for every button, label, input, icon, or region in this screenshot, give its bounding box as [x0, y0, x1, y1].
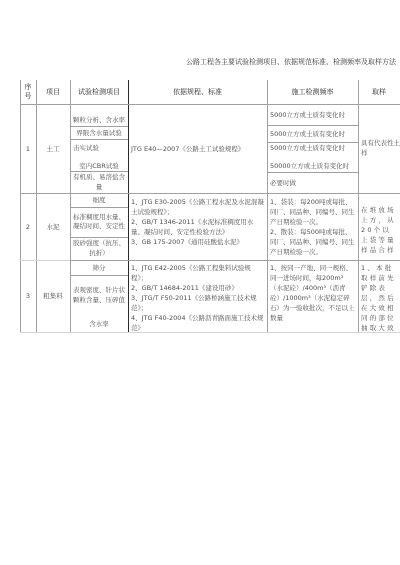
header-frequency: 施工检测频率 — [267, 80, 358, 104]
frequency-item: 1、袋装：每200吨或每批、同厂、同品种、同编号、同生产日期检验一次。 — [270, 197, 356, 227]
test-item: 界限含水量试验 — [70, 126, 128, 139]
header-no-label: 序号 — [24, 83, 32, 101]
standard-item: 2、GB/T 14684-2011《建设用砂》 — [131, 283, 265, 293]
header-project: 项目 — [36, 80, 70, 104]
test-item: 表观密度、针片状颗粒含量、压碎值 — [70, 275, 128, 316]
standard-item: 3、JTG/T F50-2011《公路桥涵施工技术规范》； — [131, 293, 265, 313]
header-no: 序号 — [20, 80, 36, 104]
sampling-text: 在堆放场上方，从20个以上袋等量样品合样 — [358, 203, 400, 260]
header-tests: 试验检测项目 — [70, 80, 128, 104]
document-title: 公路工程各主要试验检测项目、依据规范标准、检测频率及取样方法 — [186, 58, 396, 67]
frequency-item: 5000立方或土质有变化时 — [267, 125, 358, 142]
test-item-group: 击实试验 室内CBR试验 — [70, 139, 128, 171]
row-project: 土工 — [36, 104, 70, 193]
frequency-item: 1、按同一产地、同一规格、同一进场时间，每200m³（水泥砼）/400m³（沥青… — [270, 263, 356, 323]
standard-item: 1、JTG E30-2005《公路工程水泥及水泥混凝土试验规程》； — [131, 197, 265, 217]
frequency-item: 必要时做 — [267, 172, 358, 193]
test-item: 含水率 — [70, 316, 128, 332]
header-standard: 依据规程、标准 — [128, 80, 267, 104]
frequency-item: 5000立方或土质有变化时 — [267, 104, 358, 125]
standard-item: 2、GB/T 1346-2011《水泥标准稠度用水量、凝结时间、安定性检验方法》 — [131, 217, 265, 237]
sampling-text: 1、本批取样前先铲除表层，然后在大致相同的部位抽取大致等量样品。2、 — [358, 261, 400, 332]
row-no: 2 — [20, 193, 36, 260]
frequency-item-group: 5000立方或土质有变化时 50000立方或土质有变化时 — [267, 142, 358, 172]
table-border-bottom — [20, 332, 400, 333]
standard-item: 4、JTG F40-2004《公路沥青路面施工技术规范》 — [131, 313, 265, 332]
standard-item: 3、GB 175-2007《通用硅酸盐水泥》 — [131, 237, 265, 247]
row-no: 1 — [20, 104, 36, 193]
standard-item: 1、JTG E42-2005《公路工程集料试验规程》； — [131, 263, 265, 283]
row-project: 粗集料 — [36, 260, 70, 332]
test-item: 室内CBR试验 — [70, 161, 128, 171]
row-no: 3 — [20, 260, 36, 332]
test-item: 筛分 — [70, 260, 128, 275]
test-item: 有机质、易溶盐含量 — [70, 171, 128, 193]
standard-list: 1、JTG E30-2005《公路工程水泥及水泥混凝土试验规程》； 2、GB/T… — [128, 195, 267, 260]
standard-text: JTG E40—2007《公路土工试验规程》 — [128, 104, 267, 193]
header-sampling: 取样 — [358, 80, 400, 104]
test-item: 颗粒分析、含水率 — [70, 104, 128, 126]
row-project: 水泥 — [36, 193, 70, 260]
frequency-item: 50000立方或土质有变化时 — [270, 161, 349, 171]
test-item: 细度 — [70, 193, 128, 207]
test-item: 胶砂强度（抗压、抗折） — [70, 237, 128, 260]
document-page: 公路工程各主要试验检测项目、依据规范标准、检测频率及取样方法 序号 项目 试验检… — [0, 0, 400, 565]
sampling-text: 具有代表性土样 — [358, 138, 400, 158]
frequency-list: 1、袋装：每200吨或每批、同厂、同品种、同编号、同生产日期检验一次。 2、散装… — [267, 195, 358, 260]
frequency-list: 1、按同一产地、同一规格、同一进场时间，每200m³（水泥砼）/400m³（沥青… — [267, 261, 358, 332]
frequency-item: 5000立方或土质有变化时 — [270, 143, 345, 153]
standard-list: 1、JTG E42-2005《公路工程集料试验规程》； 2、GB/T 14684… — [128, 261, 267, 332]
test-item: 击实试验 — [73, 143, 99, 153]
frequency-item: 2、散装：每500吨或每批、同厂、同品种、同编号、同生产日期检验一次。 — [270, 227, 356, 257]
test-item: 标准稠度用水量、凝结时间、安定性 — [70, 207, 128, 237]
